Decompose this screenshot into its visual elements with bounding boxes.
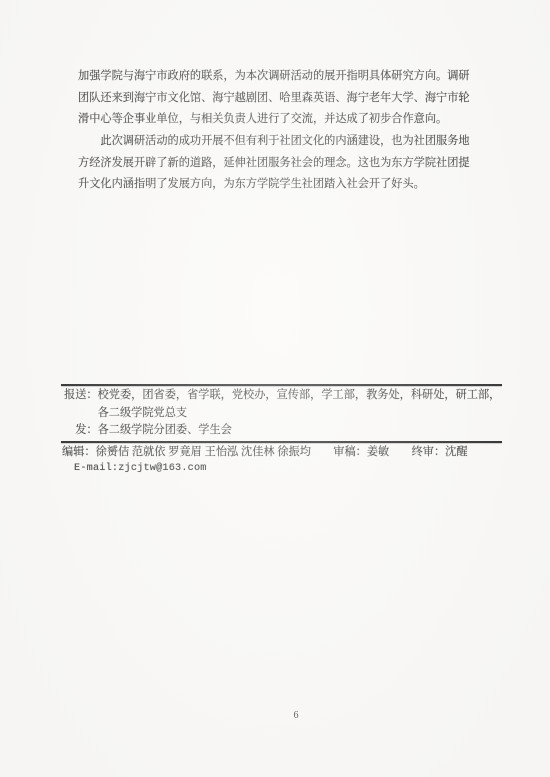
distribution-list: 报送：校党委，团省委，省学联，党校办，宣传部，学工部，教务处，科研处，研工部， … xyxy=(64,387,514,440)
footer-divider-bottom xyxy=(61,441,502,443)
body-paragraph-2: 此次调研活动的成功开展不但有利于社团文化的内涵建设，也为社团服务地 方经济发展开… xyxy=(78,131,478,196)
scanned-document-page: 加强学院与海宁市政府的联系，为本次调研活动的展开指明具体研究方向。调研 团队还来… xyxy=(0,0,550,777)
page-number: 6 xyxy=(256,710,336,721)
footer-divider-top xyxy=(61,384,502,386)
email-address: E-mail:zjcjtw@163.com xyxy=(74,462,207,476)
body-paragraph-1: 加强学院与海宁市政府的联系，为本次调研活动的展开指明具体研究方向。调研 团队还来… xyxy=(78,66,478,131)
editors-credits-line: 编辑：徐赟佶 范就依 罗竟眉 王怡泓 沈佳林 徐振均 审稿：姜敏 终审：沈醒 xyxy=(62,445,522,459)
